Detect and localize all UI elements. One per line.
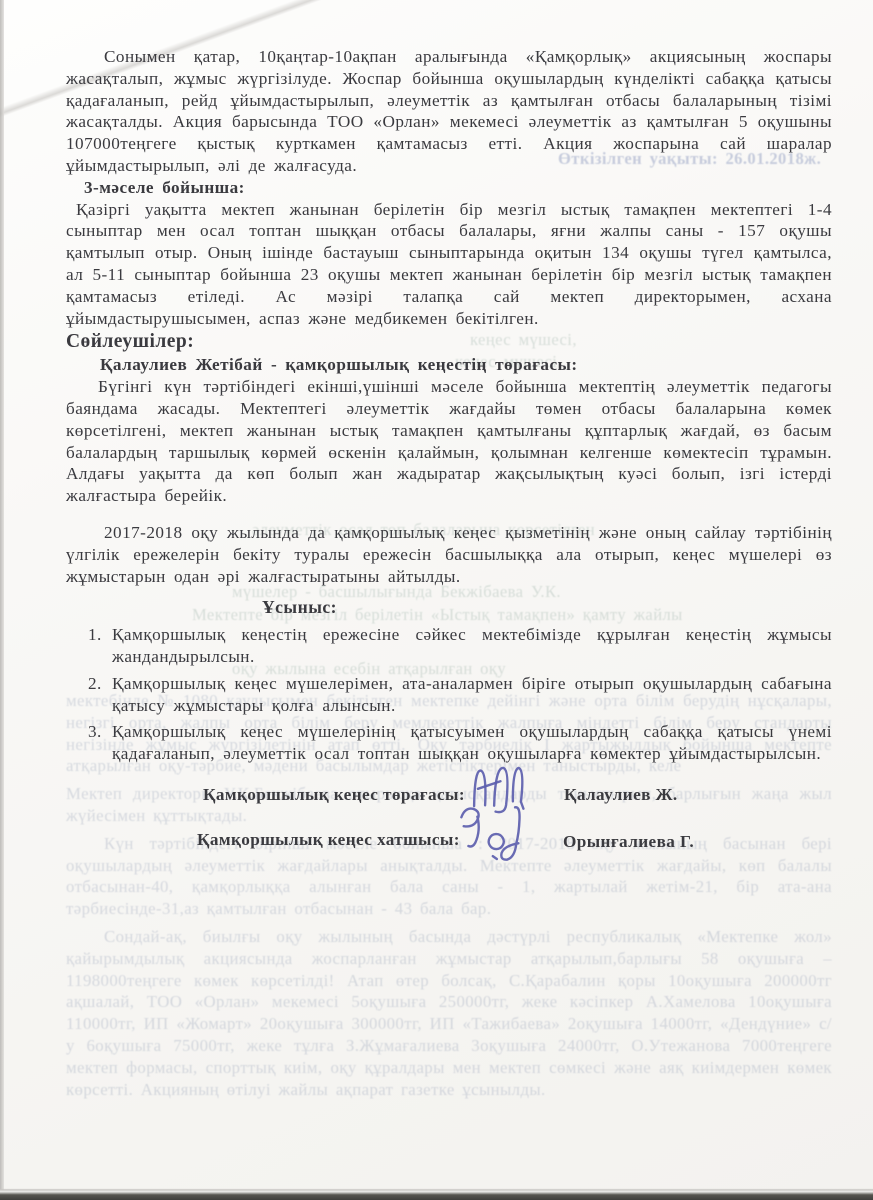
decision-paragraph: 2017-2018 оқу жылында да қамқоршылық кең… [66,522,832,587]
bleedthrough-paragraph: Сондай-ақ, биылғы оқу жылының басында дә… [66,926,832,1100]
proposal-number: 1. [88,624,112,668]
proposals-list: 1. Қамқоршылық кеңестің ережесіне сәйкес… [66,624,832,765]
proposal-text: Қамқоршылық кеңес мүшелерінің қатысуымен… [112,721,832,765]
proposal-number: 2. [88,673,112,717]
secretary-signature-label: Қамқоршылық кеңес хатшысы: [197,830,460,850]
secretary-name: Орынғалиева Г. [563,832,694,852]
proposal-number: 3. [88,721,112,765]
paragraph-issue3: Қазіргі уақытта мектеп жанынан берілетін… [66,199,832,330]
scanned-document-page: Өткізілген уақыты: 26.01.2018ж. кеңес мү… [0,0,873,1200]
scan-bottom-edge [0,1184,873,1200]
chairman-name: Қалаулиев Ж. [564,785,678,805]
issue3-heading: 3-мәселе бойынша: [84,177,832,199]
speaker-speech-paragraph: Бүгінгі күн тәртібіндегі екінші,үшінші м… [66,376,832,507]
proposal-item-2: 2. Қамқоршылық кеңес мүшелерімен, ата-ан… [66,673,832,717]
document-body: Сонымен қатар, 10қаңтар-10ақпан аралығын… [66,46,832,770]
proposals-heading: Ұсыныс: [262,597,832,619]
proposal-item-1: 1. Қамқоршылық кеңестің ережесіне сәйкес… [66,624,832,668]
proposal-text: Қамқоршылық кеңес мүшелерімен, ата-анала… [112,673,832,717]
scan-left-edge [0,0,4,1200]
paragraph-akciya: Сонымен қатар, 10қаңтар-10ақпан аралығын… [66,46,832,177]
proposal-text: Қамқоршылық кеңестің ережесіне сәйкес ме… [112,624,832,668]
proposal-item-3: 3. Қамқоршылық кеңес мүшелерінің қатысуы… [66,721,832,765]
speakers-heading: Сөйлеушілер: [66,330,832,354]
chairman-signature-label: Қамқоршылық кеңес төрағасы: [203,785,465,805]
speaker-name-line: Қалаулиев Жетібай - қамқоршылық кеңестің… [100,354,832,376]
